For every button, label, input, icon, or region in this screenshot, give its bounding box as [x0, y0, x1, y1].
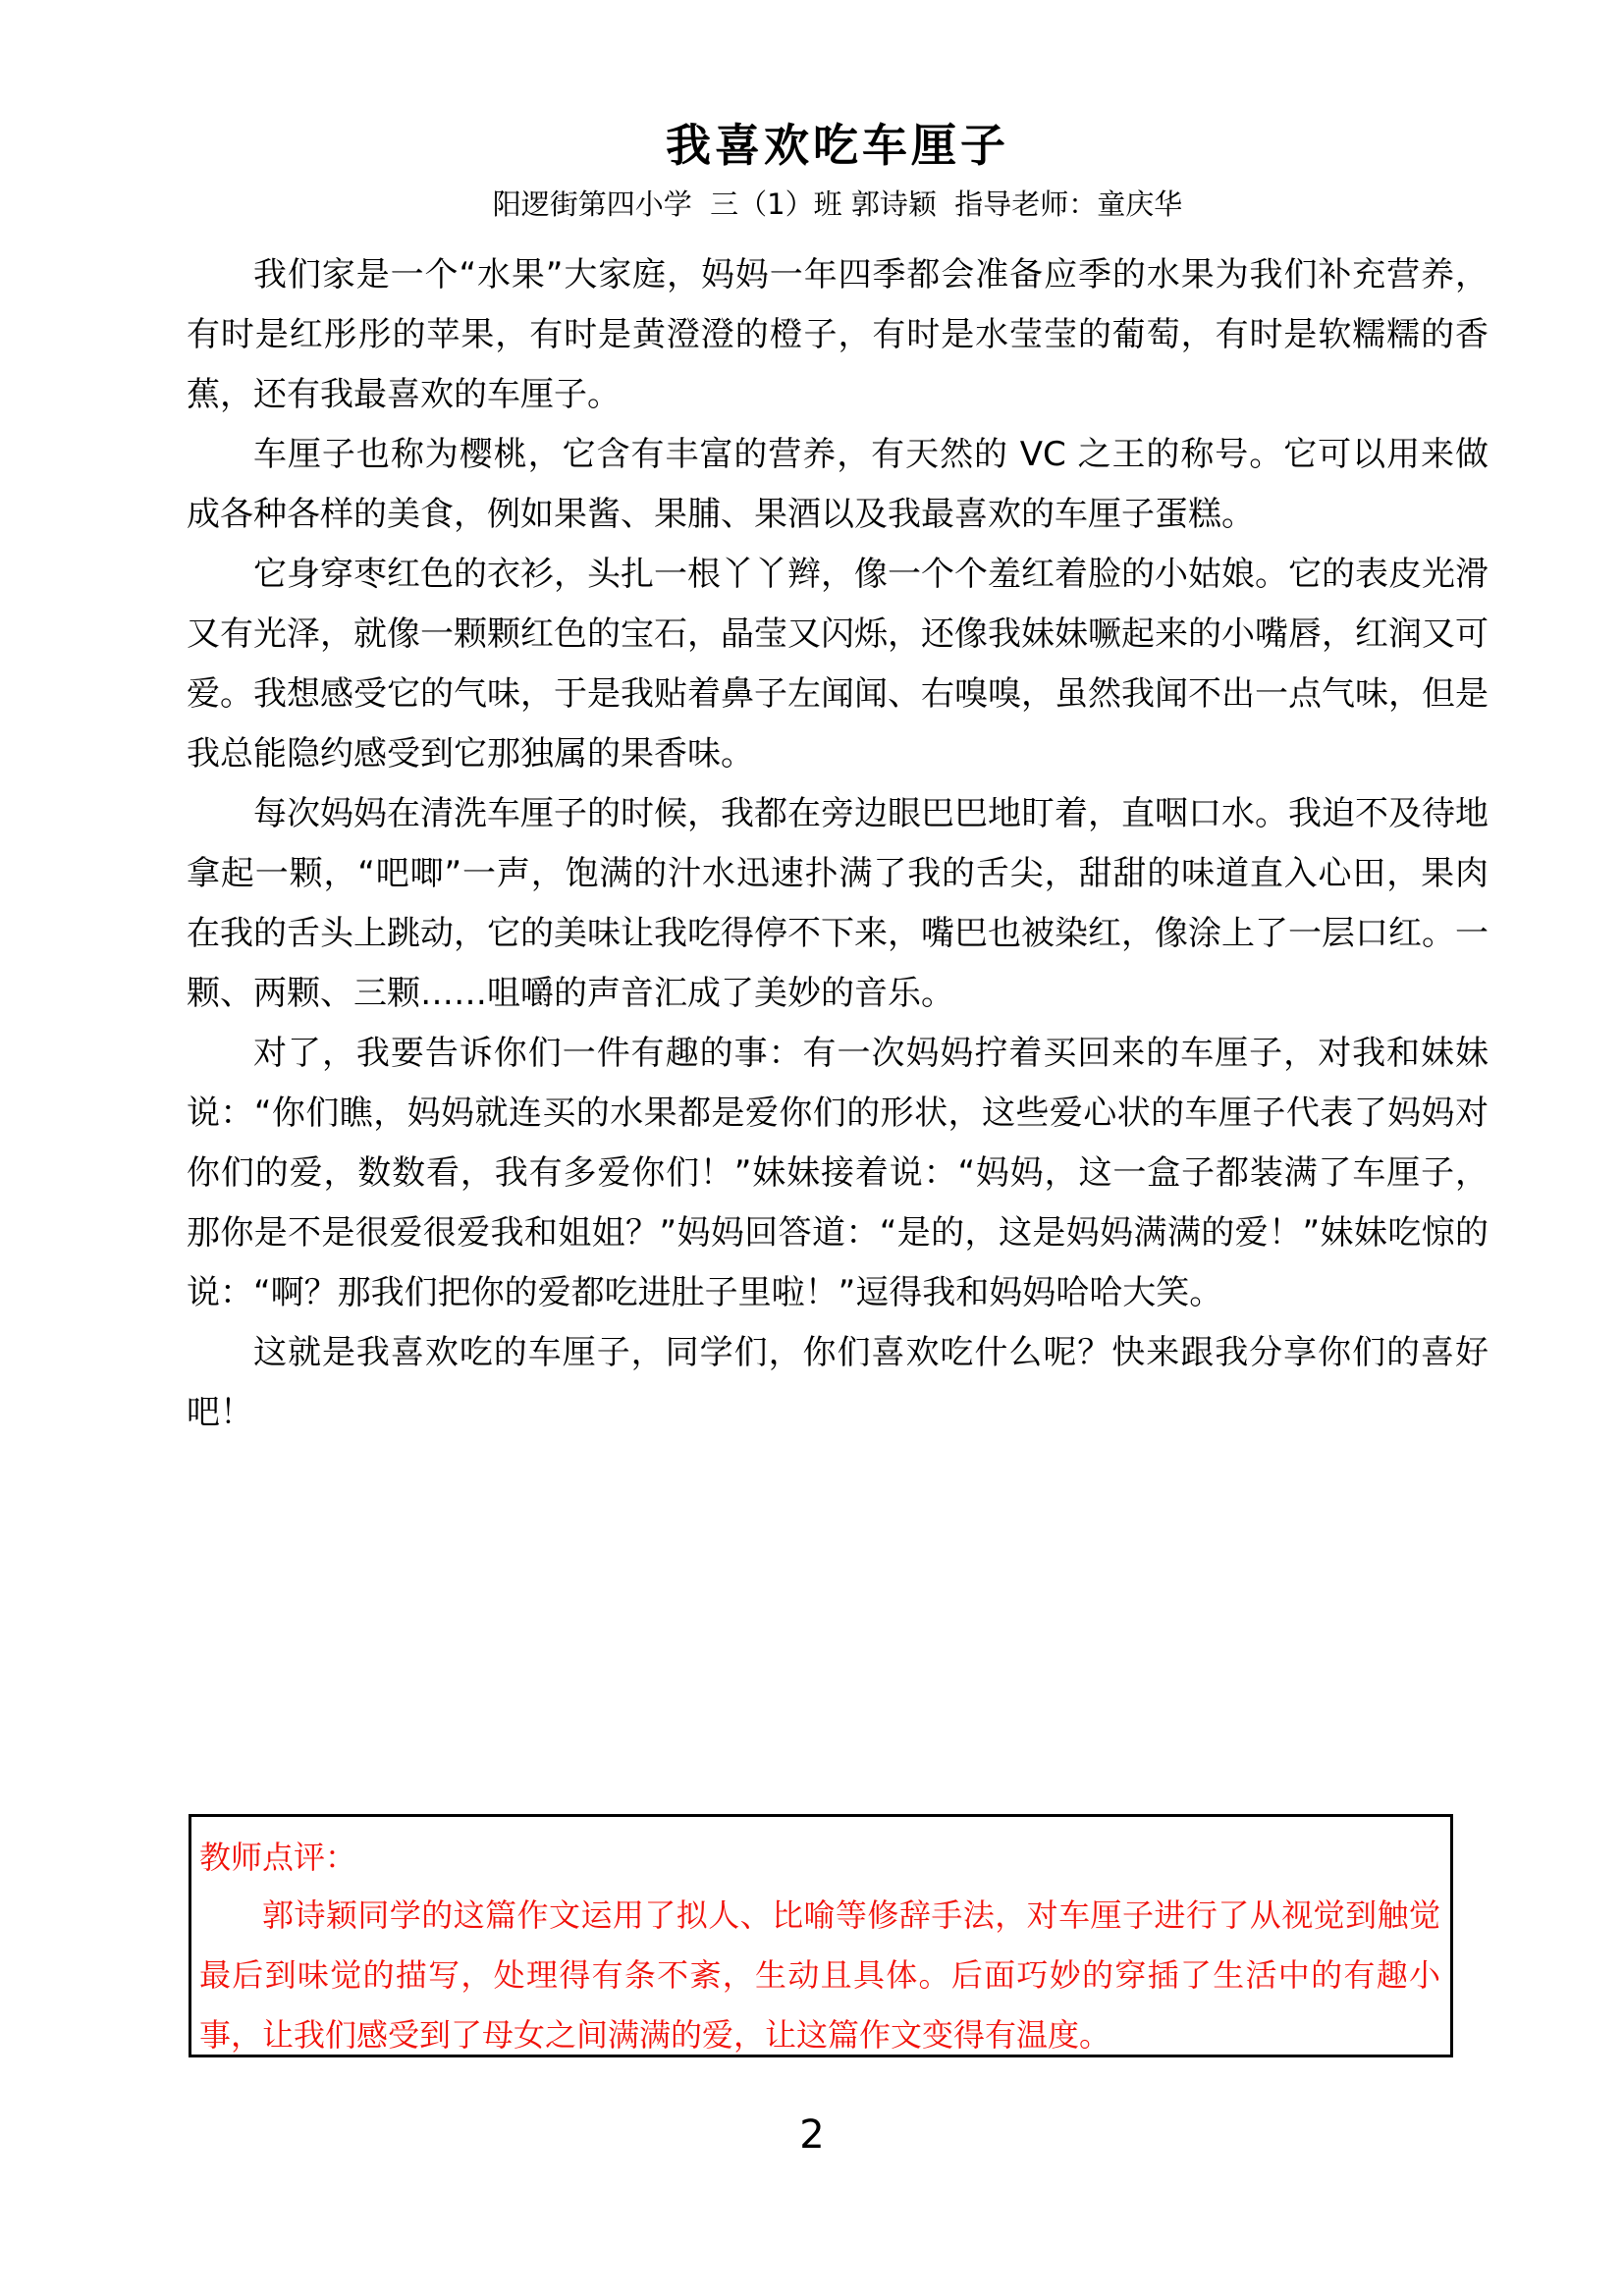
essay-paragraph: 每次妈妈在清洗车厘子的时候，我都在旁边眼巴巴地盯着，直咽口水。我迫不及待地拿起一… — [187, 784, 1489, 1024]
essay-byline: 阳逻街第四小学 三（1）班 郭诗颖 指导老师：童庆华 — [187, 185, 1489, 224]
page-number: 2 — [0, 2112, 1624, 2158]
teacher-comment-box: 教师点评： 郭诗颖同学的这篇作文运用了拟人、比喻等修辞手法，对车厘子进行了从视觉… — [189, 1814, 1453, 2057]
document-page: 我喜欢吃车厘子 阳逻街第四小学 三（1）班 郭诗颖 指导老师：童庆华 我们家是一… — [0, 0, 1624, 2296]
essay-body: 我们家是一个“水果”大家庭，妈妈一年四季都会准备应季的水果为我们补充营养，有时是… — [187, 245, 1489, 1443]
essay-paragraph: 对了，我要告诉你们一件有趣的事：有一次妈妈拧着买回来的车厘子，对我和妹妹说：“你… — [187, 1024, 1489, 1323]
essay-paragraph: 我们家是一个“水果”大家庭，妈妈一年四季都会准备应季的水果为我们补充营养，有时是… — [187, 245, 1489, 425]
essay-content: 我喜欢吃车厘子 阳逻街第四小学 三（1）班 郭诗颖 指导老师：童庆华 我们家是一… — [187, 116, 1489, 1443]
essay-paragraph: 这就是我喜欢吃的车厘子，同学们，你们喜欢吃什么呢？快来跟我分享你们的喜好吧！ — [187, 1323, 1489, 1443]
essay-title: 我喜欢吃车厘子 — [187, 116, 1489, 175]
teacher-comment-body: 郭诗颖同学的这篇作文运用了拟人、比喻等修辞手法，对车厘子进行了从视觉到触觉最后到… — [199, 1886, 1440, 2065]
essay-paragraph: 它身穿枣红色的衣衫，头扎一根丫丫辫，像一个个羞红着脸的小姑娘。它的表皮光滑又有光… — [187, 545, 1489, 784]
essay-paragraph: 车厘子也称为樱桃，它含有丰富的营养，有天然的 VC 之王的称号。它可以用来做成各… — [187, 425, 1489, 545]
teacher-comment-label: 教师点评： — [199, 1829, 1440, 1886]
